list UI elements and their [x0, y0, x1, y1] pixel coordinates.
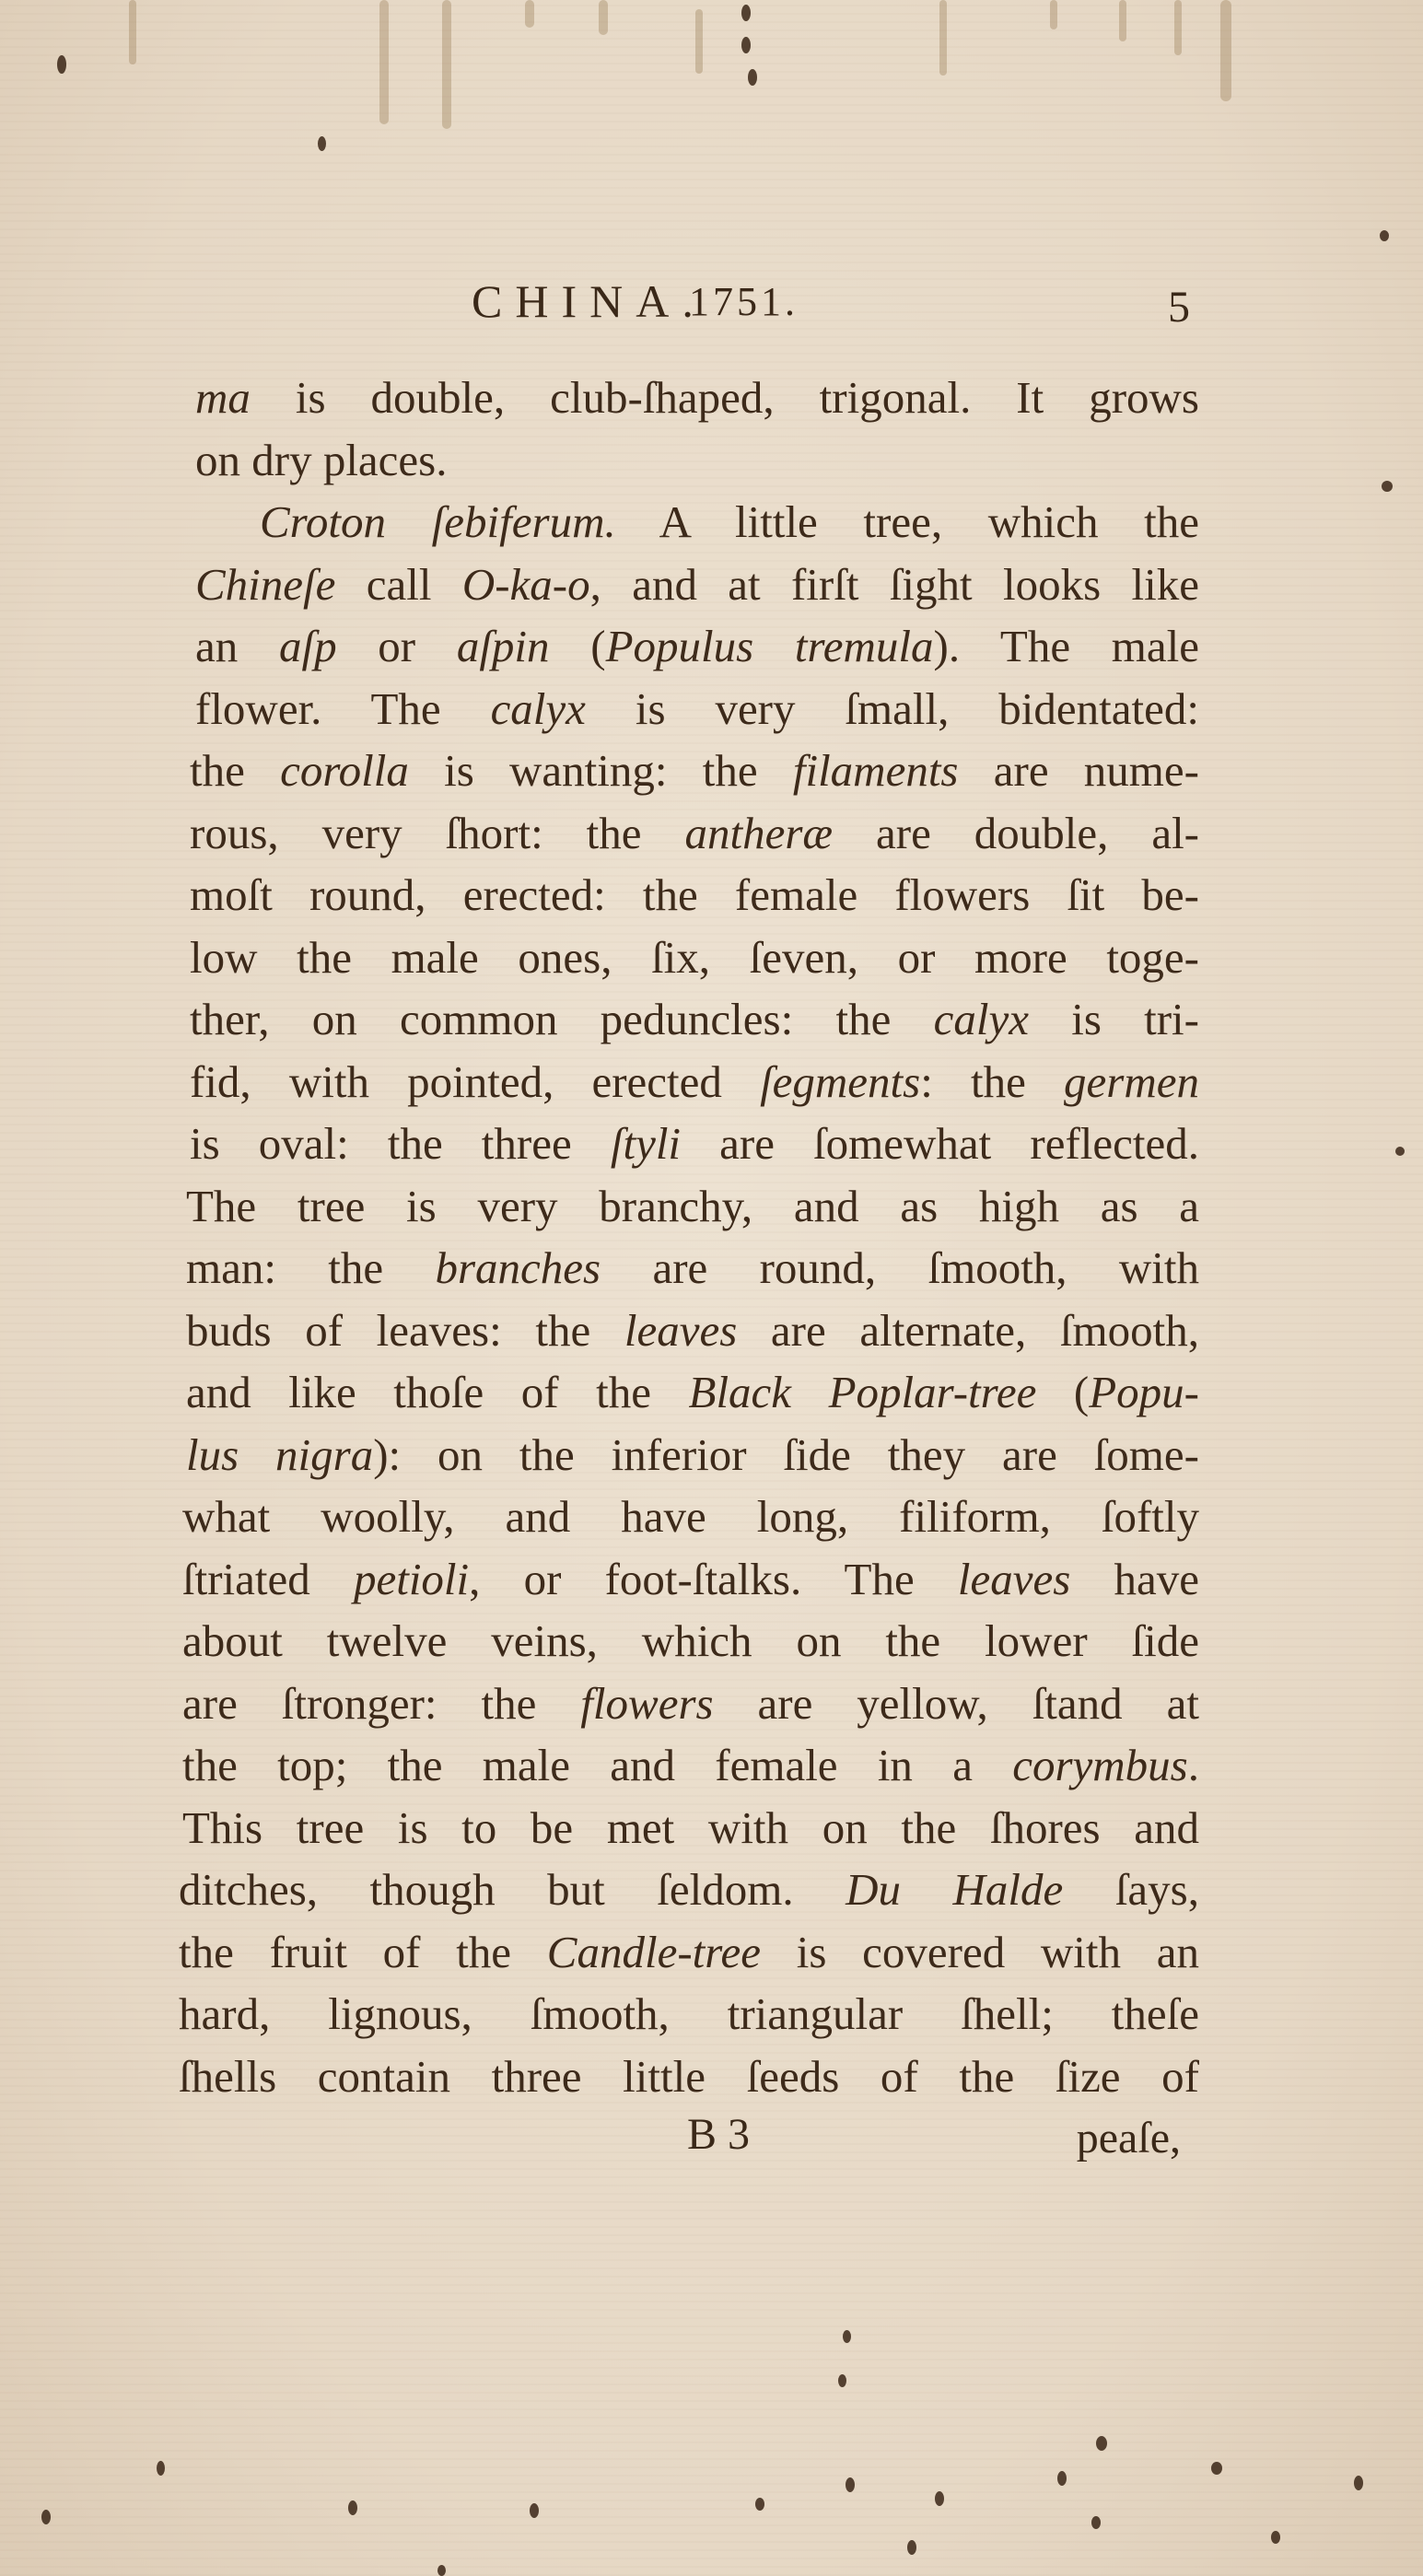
book-page: CHINA. 1751. 5 ma is double, club-ſhaped…: [0, 0, 1423, 2576]
text-line: what woolly, and have long, filiform, ſo…: [182, 1486, 1199, 1548]
text-segment: the top; the male and female in a: [182, 1740, 1012, 1790]
text-line: about twelve veins, which on the lower ſ…: [182, 1610, 1199, 1673]
italic-term: calyx: [934, 994, 1029, 1044]
text-segment: man: the: [186, 1242, 435, 1293]
italic-term: Candle-tree: [547, 1927, 761, 1977]
catchword: peaſe,: [1077, 2113, 1181, 2163]
text-line: The tree is very branchy, and as high as…: [186, 1175, 1199, 1238]
italic-term: branches: [435, 1242, 601, 1293]
text-line: an aſp or aſpin (Populus tremula). The m…: [195, 615, 1199, 678]
text-line: ditches, though but ſeldom. Du Halde ſay…: [179, 1859, 1199, 1921]
text-line: fid, with pointed, erected ſegments: the…: [190, 1051, 1199, 1113]
text-segment: what woolly, and have long, filiform, ſo…: [182, 1491, 1199, 1542]
text-segment: call: [335, 559, 461, 610]
text-line: the corolla is wanting: the filaments ar…: [190, 740, 1199, 802]
text-line: rous, very ſhort: the antheræ are double…: [190, 802, 1199, 865]
text-segment: the fruit of the: [179, 1927, 547, 1977]
text-line: flower. The calyx is very ſmall, bidenta…: [195, 678, 1199, 740]
text-segment: and like thoſe of the: [186, 1367, 689, 1417]
italic-term: leaves: [958, 1554, 1070, 1604]
body-text: ma is double, club-ſhaped, trigonal. It …: [195, 367, 1199, 2107]
text-line: the top; the male and female in a corymb…: [182, 1734, 1199, 1797]
text-segment: the: [190, 745, 280, 796]
text-segment: ther, on common peduncles: the: [190, 994, 934, 1044]
text-segment: moſt round, erected: the female flowers …: [190, 869, 1199, 920]
text-segment: , or foot-ſtalks. The: [469, 1554, 958, 1604]
italic-term: Popu-: [1089, 1367, 1199, 1417]
italic-term: Croton ſebiferum.: [260, 496, 616, 547]
italic-term: Black Poplar-tree: [689, 1367, 1037, 1417]
text-line: low the male ones, ſix, ſeven, or more t…: [190, 927, 1199, 989]
italic-term: Populus tremula: [606, 621, 934, 671]
running-head: CHINA. 1751. 5: [193, 274, 1207, 348]
text-segment: about twelve veins, which on the lower ſ…: [182, 1615, 1199, 1666]
text-line: Croton ſebiferum. A little tree, which t…: [195, 491, 1199, 554]
text-segment: (: [550, 621, 606, 671]
italic-term: Chineſe: [195, 559, 335, 610]
text-segment: is double, club-ſhaped, trigonal. It gro…: [251, 372, 1199, 423]
text-segment: are ſomewhat reflected.: [681, 1118, 1199, 1169]
text-line: lus nigra): on the inferior ſide they ar…: [186, 1424, 1199, 1486]
italic-term: ſtyli: [611, 1118, 681, 1169]
text-segment: buds of leaves: the: [186, 1305, 624, 1356]
running-head-title: CHINA.: [472, 274, 706, 328]
text-segment: ditches, though but ſeldom.: [179, 1864, 846, 1915]
text-segment: (: [1036, 1367, 1089, 1417]
text-segment: ): on the inferior ſide they are ſome-: [373, 1429, 1199, 1480]
text-line: on dry places.: [195, 429, 1199, 492]
text-line: This tree is to be met with on the ſhore…: [182, 1797, 1199, 1859]
italic-term: petioli: [354, 1554, 469, 1604]
italic-term: corymbus: [1012, 1740, 1188, 1790]
text-line: ma is double, club-ſhaped, trigonal. It …: [195, 367, 1199, 429]
text-segment: ſhells contain three little ſeeds of the…: [179, 2051, 1199, 2102]
text-segment: are round, ſmooth, with: [601, 1242, 1199, 1293]
italic-term: germen: [1064, 1056, 1199, 1107]
text-line: buds of leaves: the leaves are alternate…: [186, 1300, 1199, 1362]
italic-term: leaves: [624, 1305, 737, 1356]
text-segment: flower. The: [195, 683, 491, 734]
text-line: moſt round, erected: the female flowers …: [190, 864, 1199, 927]
text-segment: hard, lignous, ſmooth, triangular ſhell;…: [179, 1988, 1199, 2039]
text-segment: are ſtronger: the: [182, 1678, 580, 1729]
text-segment: low the male ones, ſix, ſeven, or more t…: [190, 932, 1199, 983]
text-line: and like thoſe of the Black Poplar-tree …: [186, 1361, 1199, 1424]
text-segment: , and at firſt ſight looks like: [590, 559, 1199, 610]
text-segment: are yellow, ſtand at: [714, 1678, 1199, 1729]
italic-term: antheræ: [684, 808, 833, 858]
italic-term: ma: [195, 372, 251, 423]
text-segment: : the: [920, 1056, 1064, 1107]
text-segment: an: [195, 621, 279, 671]
text-segment: is wanting: the: [409, 745, 793, 796]
text-segment: have: [1070, 1554, 1199, 1604]
signature-mark: B 3: [687, 2109, 750, 2160]
text-segment: are nume-: [959, 745, 1199, 796]
text-segment: rous, very ſhort: the: [190, 808, 684, 858]
italic-term: Du Halde: [846, 1864, 1063, 1915]
text-line: Chineſe call O-ka-o, and at firſt ſight …: [195, 554, 1199, 616]
text-segment: ſtriated: [182, 1554, 354, 1604]
text-segment: are double, al-: [833, 808, 1199, 858]
italic-term: aſp: [279, 621, 337, 671]
page-footer: B 3 peaſe,: [195, 2109, 1199, 2174]
text-segment: on dry places.: [195, 435, 448, 485]
text-line: ther, on common peduncles: the calyx is …: [190, 988, 1199, 1051]
italic-term: filaments: [793, 745, 959, 796]
text-segment: ſays,: [1063, 1864, 1199, 1915]
page-number: 5: [1168, 282, 1190, 332]
text-line: hard, lignous, ſmooth, triangular ſhell;…: [179, 1983, 1199, 2046]
italic-term: O-ka-o: [462, 559, 590, 610]
italic-term: flowers: [580, 1678, 713, 1729]
italic-term: lus nigra: [186, 1429, 373, 1480]
text-segment: are alternate, ſmooth,: [737, 1305, 1199, 1356]
italic-term: calyx: [491, 683, 586, 734]
text-line: man: the branches are round, ſmooth, wit…: [186, 1237, 1199, 1300]
text-segment: ). The male: [934, 621, 1200, 671]
text-segment: fid, with pointed, erected: [190, 1056, 760, 1107]
text-segment: This tree is to be met with on the ſhore…: [182, 1802, 1199, 1853]
text-line: the fruit of the Candle-tree is covered …: [179, 1921, 1199, 1984]
text-segment: is covered with an: [761, 1927, 1199, 1977]
text-line: is oval: the three ſtyli are ſomewhat re…: [190, 1113, 1199, 1175]
running-head-year: 1751.: [689, 278, 799, 325]
text-segment: The tree is very branchy, and as high as…: [186, 1181, 1199, 1231]
italic-term: corolla: [280, 745, 409, 796]
italic-term: aſpin: [457, 621, 550, 671]
text-line: are ſtronger: the flowers are yellow, ſt…: [182, 1673, 1199, 1735]
text-segment: is oval: the three: [190, 1118, 611, 1169]
text-line: ſtriated petioli, or foot-ſtalks. The le…: [182, 1548, 1199, 1611]
italic-term: ſegments: [760, 1056, 920, 1107]
text-segment: or: [337, 621, 457, 671]
text-segment: is very ſmall, bidentated:: [586, 683, 1199, 734]
text-segment: .: [1188, 1740, 1199, 1790]
text-line: ſhells contain three little ſeeds of the…: [179, 2046, 1199, 2108]
text-segment: A little tree, which the: [616, 496, 1199, 547]
text-segment: is tri-: [1029, 994, 1199, 1044]
